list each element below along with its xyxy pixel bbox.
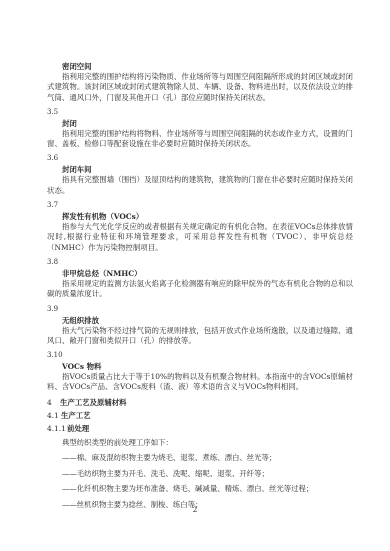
clause-number: 3.6	[47, 153, 353, 163]
chapter-heading: 4生产工艺及原辅材料	[47, 398, 353, 408]
clause-number: 3.10	[47, 350, 353, 360]
subsection-number: 4.1.1	[47, 424, 67, 434]
term-definition: 指采用规定的监测方法氢火焰离子化检测器有响应的除甲烷外的气态有机化合物的总和以碳…	[47, 279, 353, 300]
term-definition: 指具有完整围墙（围挡）及屋顶结构的建筑物，建筑物的门窗在非必要时应随时保持关闭状…	[47, 175, 353, 196]
list-item: ——毛纺织物主要为开毛、洗毛、洗呢、缩呢、退浆、开纤等；	[62, 469, 353, 479]
page-number: 2	[0, 506, 390, 514]
term-heading: VOCs 物料	[62, 362, 353, 372]
term-heading: 密闭空间	[62, 62, 353, 72]
section-heading: 4.1生产工艺	[47, 411, 353, 421]
clause-number: 3.7	[47, 200, 353, 210]
term-definition: 指利用完整的围护结构将物料、作业场所等与周围空间阻隔的状态或作业方式，设置的门窗…	[47, 129, 353, 150]
chapter-number: 4	[47, 398, 60, 408]
term-definition: 指利用完整的围护结构将污染物质、作业场所等与周围空间阻隔所形成的封闭区域或封闭式…	[47, 72, 353, 103]
document-page: 密闭空间 指利用完整的围护结构将污染物质、作业场所等与周围空间阻隔所形成的封闭区…	[47, 62, 353, 515]
section-number: 4.1	[47, 411, 61, 421]
clause-number: 3.9	[47, 304, 353, 314]
section-title: 生产工艺	[61, 411, 91, 420]
term-definition: 指大气污染物不经过排气筒的无规则排放，包括开放式作业场所逸散，以及通过缝隙、通风…	[47, 326, 353, 347]
term-heading: 封闭	[62, 119, 353, 129]
term-definition: 指参与大气光化学反应的或者根据有关规定确定的有机化合物。在表征VOCs总体排放情…	[47, 222, 353, 253]
term-definition: 指VOCs质量占比大于等于10%的物料以及有机聚合物材料。本指南中的含VOCs原…	[47, 372, 353, 393]
subsection-heading: 4.1.1前处理	[47, 424, 353, 434]
intro-text: 典型纺织类型的前处理工序如下：	[62, 438, 353, 448]
term-heading: 非甲烷总烃（NMHC）	[62, 269, 353, 279]
subsection-title: 前处理	[67, 424, 89, 433]
clause-number: 3.8	[47, 257, 353, 267]
chapter-title: 生产工艺及原辅材料	[60, 398, 127, 407]
list-item: ——棉、麻及混纺织物主要为烧毛、退浆、煮练、漂白、丝光等；	[62, 453, 353, 463]
term-heading: 封闭车间	[62, 165, 353, 175]
term-heading: 挥发性有机物（VOCs）	[62, 212, 353, 222]
term-heading: 无组织排放	[62, 316, 353, 326]
list-item: ——化纤机织物主要为坯布准备、烧毛、碱减量、精炼、漂白、丝光等过程；	[62, 484, 353, 494]
clause-number: 3.5	[47, 107, 353, 117]
